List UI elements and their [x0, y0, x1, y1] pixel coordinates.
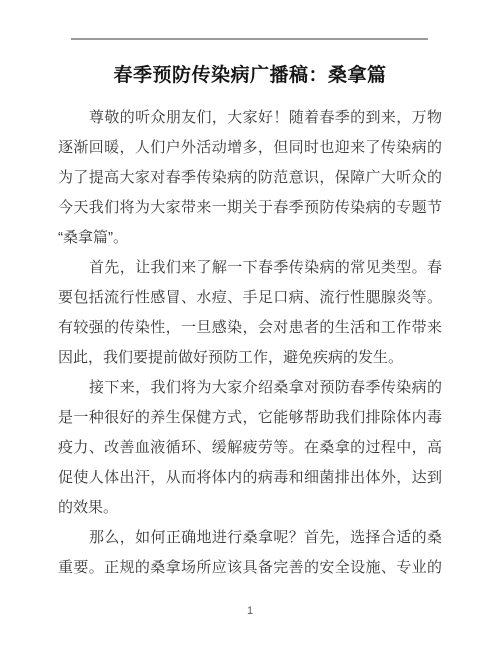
text-line: 首先，让我们来了解一下春季传染病的常见类型。春季传染病主 — [58, 253, 442, 283]
text-line: 为了提高大家对春季传染病的防范意识，保障广大听众的身体健康， — [58, 163, 442, 193]
text-line: 要包括流行性感冒、水痘、手足口病、流行性腮腺炎等。这些疾病具 — [58, 283, 442, 313]
text-line: 重要。正规的桑拿场所应该具备完善的安全设施、专业的技术人员和 — [58, 553, 442, 583]
text-line: 的效果。 — [58, 493, 442, 523]
text-line: 促使人体出汗，从而将体内的病毒和细菌排出体外，达到预防传染病 — [58, 463, 442, 493]
document-body: 尊敬的听众朋友们，大家好！随着春季的到来，万物复苏，气温逐渐回暖，人们户外活动增… — [58, 103, 442, 583]
text-line: 有较强的传染性，一旦感染，会对患者的生活和工作带来诸多不便。 — [58, 313, 442, 343]
page-number: 1 — [0, 605, 500, 617]
text-line: 是一种很好的养生保健方式，它能够帮助我们排除体内毒素、增强免 — [58, 403, 442, 433]
text-line: 疫力、改善血液循环、缓解疲劳等。在桑拿的过程中，高温环境能够 — [58, 433, 442, 463]
document-page: 春季预防传染病广播稿：桑拿篇 尊敬的听众朋友们，大家好！随着春季的到来，万物复苏… — [0, 0, 500, 647]
text-line: 逐渐回暖，人们户外活动增多，但同时也迎来了传染病的多发季节。 — [58, 133, 442, 163]
text-line: 尊敬的听众朋友们，大家好！随着春季的到来，万物复苏，气温 — [58, 103, 442, 133]
text-line: 今天我们将为大家带来一期关于春季预防传染病的专题节目，主题是 — [58, 193, 442, 223]
text-line: 那么，如何正确地进行桑拿呢？首先，选择合适的桑拿场所非常 — [58, 523, 442, 553]
text-line: 因此，我们要提前做好预防工作，避免疾病的发生。 — [58, 343, 442, 373]
text-line: 接下来，我们将为大家介绍桑拿对预防春季传染病的作用。桑拿 — [58, 373, 442, 403]
document-title: 春季预防传染病广播稿：桑拿篇 — [0, 60, 500, 92]
text-line: “桑拿篇”。 — [58, 223, 442, 253]
header-rule — [71, 38, 428, 40]
